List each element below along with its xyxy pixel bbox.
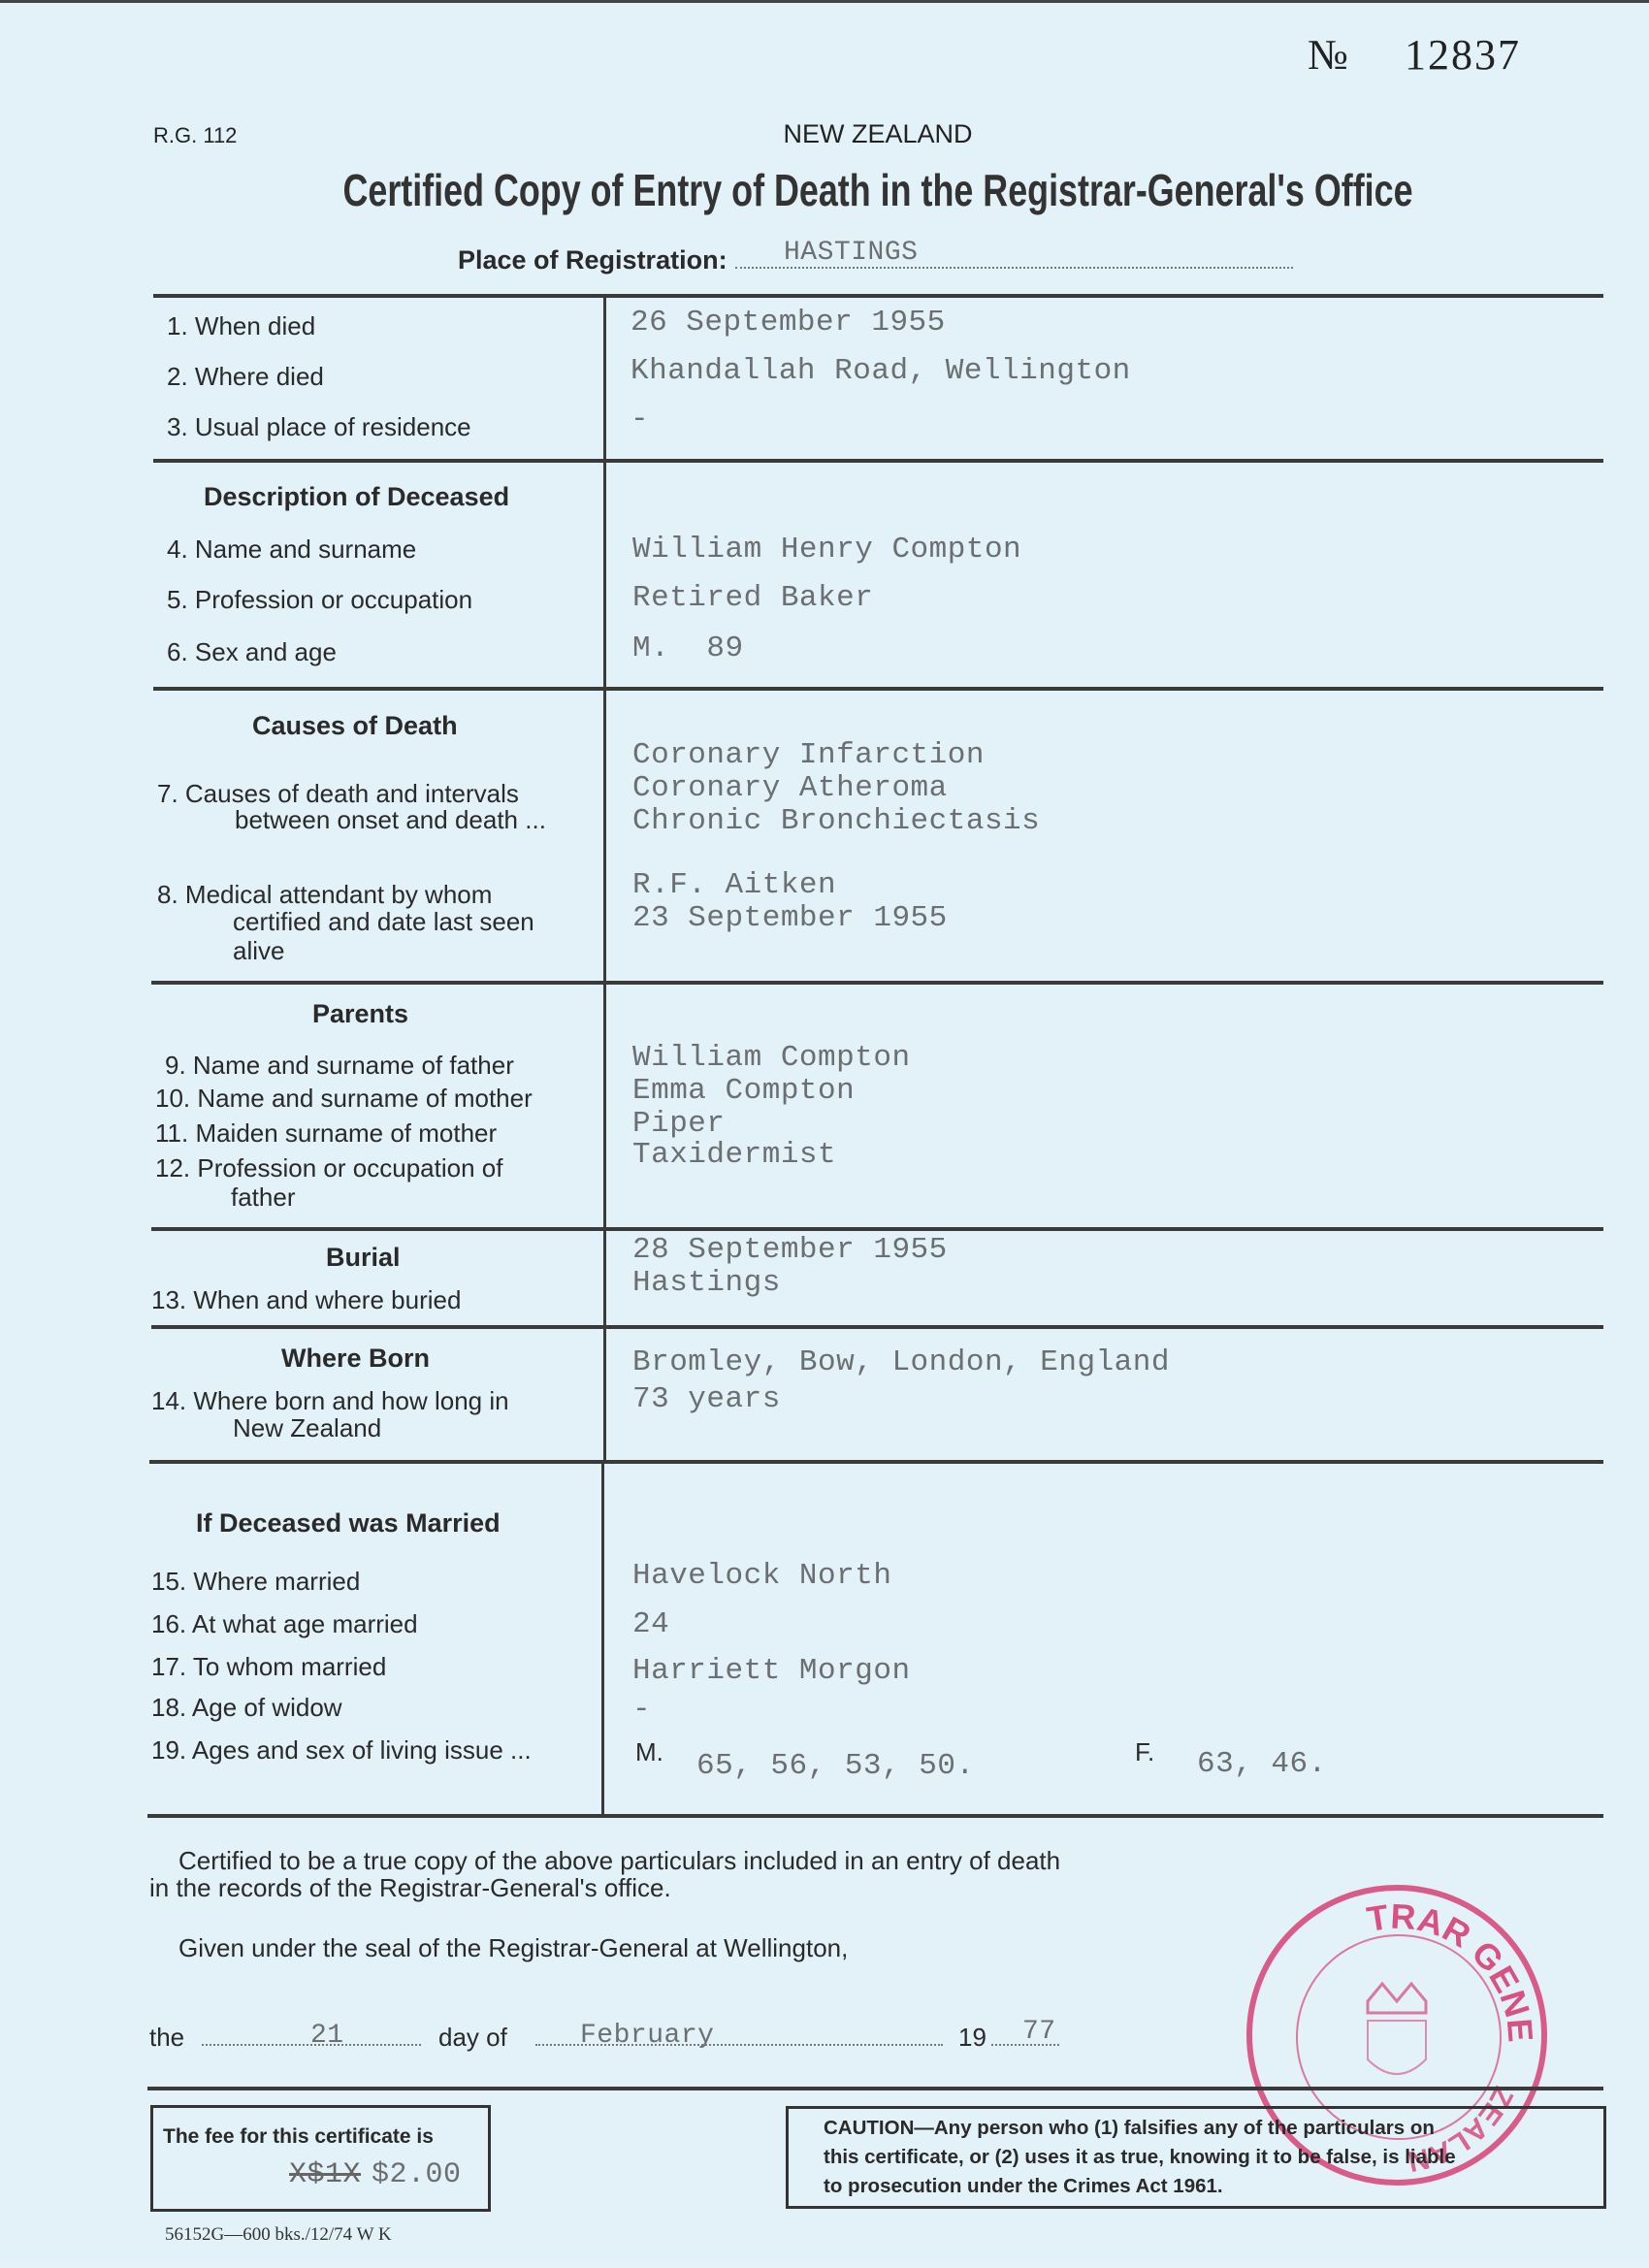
label-age-of-widow: 18. Age of widow	[151, 1693, 342, 1723]
value-cause-1: Coronary Infarction	[632, 738, 985, 772]
label-causes-line2: between onset and death ...	[235, 805, 546, 835]
value-medical-attendant: R.F. Aitken	[632, 868, 836, 902]
value-mother-maiden: Piper	[632, 1107, 726, 1141]
value-name: William Henry Compton	[632, 533, 1021, 567]
value-father-occupation: Taxidermist	[632, 1138, 836, 1172]
document-title: Certified Copy of Entry of Death in the …	[193, 164, 1563, 216]
label-to-whom-married: 17. To whom married	[151, 1652, 386, 1682]
label-father-occupation: 12. Profession or occupation of	[155, 1153, 502, 1183]
label-issue-male: M.	[635, 1737, 663, 1767]
value-occupation: Retired Baker	[632, 581, 873, 615]
caution-box: CAUTION—Any person who (1) falsifies any…	[786, 2106, 1606, 2209]
country-heading: NEW ZEALAND	[0, 119, 1649, 149]
value-when-died: 26 September 1955	[630, 306, 946, 340]
certification-line2: in the records of the Registrar-General'…	[149, 1873, 671, 1903]
value-burial-place: Hastings	[632, 1266, 781, 1300]
place-of-registration-label: Place of Registration:	[458, 245, 727, 275]
date-the-label: the	[149, 2023, 184, 2053]
fee-label: The fee for this certificate is	[163, 2125, 434, 2149]
label-mother-maiden: 11. Maiden surname of mother	[155, 1118, 497, 1149]
certificate-number: 12837	[1405, 30, 1521, 80]
caution-line3: to prosecution under the Crimes Act 1961…	[824, 2175, 1223, 2198]
value-issue-male: 65, 56, 53, 50.	[696, 1749, 975, 1783]
value-cause-3: Chronic Bronchiectasis	[632, 804, 1040, 838]
heading-description: Description of Deceased	[204, 482, 509, 512]
value-age-of-widow: -	[632, 1693, 651, 1727]
date-month: February	[580, 2021, 714, 2051]
label-where-born-line2: New Zealand	[233, 1413, 381, 1443]
label-medical-line3: alive	[233, 936, 284, 966]
heading-married: If Deceased was Married	[196, 1508, 501, 1539]
label-sex-age: 6. Sex and age	[167, 637, 337, 667]
value-sex-age: M. 89	[632, 632, 744, 665]
value-spouse: Harriett Morgon	[632, 1654, 911, 1688]
label-where-born-line1: 14. Where born and how long in	[151, 1386, 509, 1416]
value-where-died: Khandallah Road, Wellington	[630, 354, 1131, 388]
place-of-registration-value: HASTINGS	[784, 238, 918, 268]
svg-text:TRAR GENERAL: TRAR GENERAL	[1246, 1885, 1540, 2043]
value-issue-female: 63, 46.	[1197, 1747, 1327, 1781]
label-age-married: 16. At what age married	[151, 1609, 418, 1639]
value-age-married: 24	[632, 1607, 669, 1641]
value-where-married: Havelock North	[632, 1559, 891, 1593]
label-where-married: 15. Where married	[151, 1567, 360, 1597]
heading-parents: Parents	[312, 999, 408, 1029]
value-burial-date: 28 September 1955	[632, 1233, 948, 1267]
label-when-died: 1. When died	[167, 311, 315, 341]
date-day-of-label: day of	[438, 2023, 507, 2053]
label-medical-line1: 8. Medical attendant by whom	[157, 880, 492, 910]
label-issue-female: F.	[1135, 1737, 1154, 1767]
label-usual-residence: 3. Usual place of residence	[167, 412, 471, 442]
label-living-issue: 19. Ages and sex of living issue ...	[151, 1735, 532, 1766]
caution-line1: CAUTION—Any person who (1) falsifies any…	[824, 2117, 1435, 2140]
value-mother-name: Emma Compton	[632, 1074, 855, 1108]
certificate-page: № 12837 R.G. 112 NEW ZEALAND Certified C…	[0, 0, 1649, 2263]
date-century: 19	[958, 2023, 986, 2053]
value-father-name: William Compton	[632, 1041, 911, 1075]
printer-code: 56152G—600 bks./12/74 W K	[165, 2224, 392, 2246]
value-cause-2: Coronary Atheroma	[632, 771, 948, 805]
certificate-number-label: №	[1308, 30, 1348, 80]
certification-seal-line: Given under the seal of the Registrar-Ge…	[178, 1933, 848, 1963]
label-burial: 13. When and where buried	[151, 1285, 461, 1315]
label-name: 4. Name and surname	[167, 535, 416, 565]
caution-line2: this certificate, or (2) uses it as true…	[824, 2146, 1456, 2169]
label-where-died: 2. Where died	[167, 362, 324, 392]
label-mother-name: 10. Name and surname of mother	[155, 1084, 533, 1114]
heading-where-born: Where Born	[281, 1344, 430, 1374]
label-medical-line2: certified and date last seen	[233, 907, 534, 937]
label-father-name: 9. Name and surname of father	[165, 1051, 514, 1081]
value-years-in-nz: 73 years	[632, 1382, 781, 1416]
heading-burial: Burial	[326, 1243, 401, 1273]
value-birthplace: Bromley, Bow, London, England	[632, 1345, 1170, 1379]
fee-amount: $2.00	[372, 2158, 462, 2191]
date-year: 77	[1022, 2017, 1056, 2047]
heading-causes: Causes of Death	[252, 711, 458, 741]
certification-line1: Certified to be a true copy of the above…	[178, 1846, 1060, 1876]
value-last-seen: 23 September 1955	[632, 901, 948, 935]
fee-struck-amount: X$1X	[289, 2158, 361, 2191]
value-usual-residence: -	[630, 403, 649, 437]
date-day: 21	[310, 2021, 344, 2051]
label-occupation: 5. Profession or occupation	[167, 585, 472, 615]
fee-box: The fee for this certificate is X$1X $2.…	[150, 2105, 491, 2212]
label-father-occupation-line2: father	[231, 1183, 296, 1213]
